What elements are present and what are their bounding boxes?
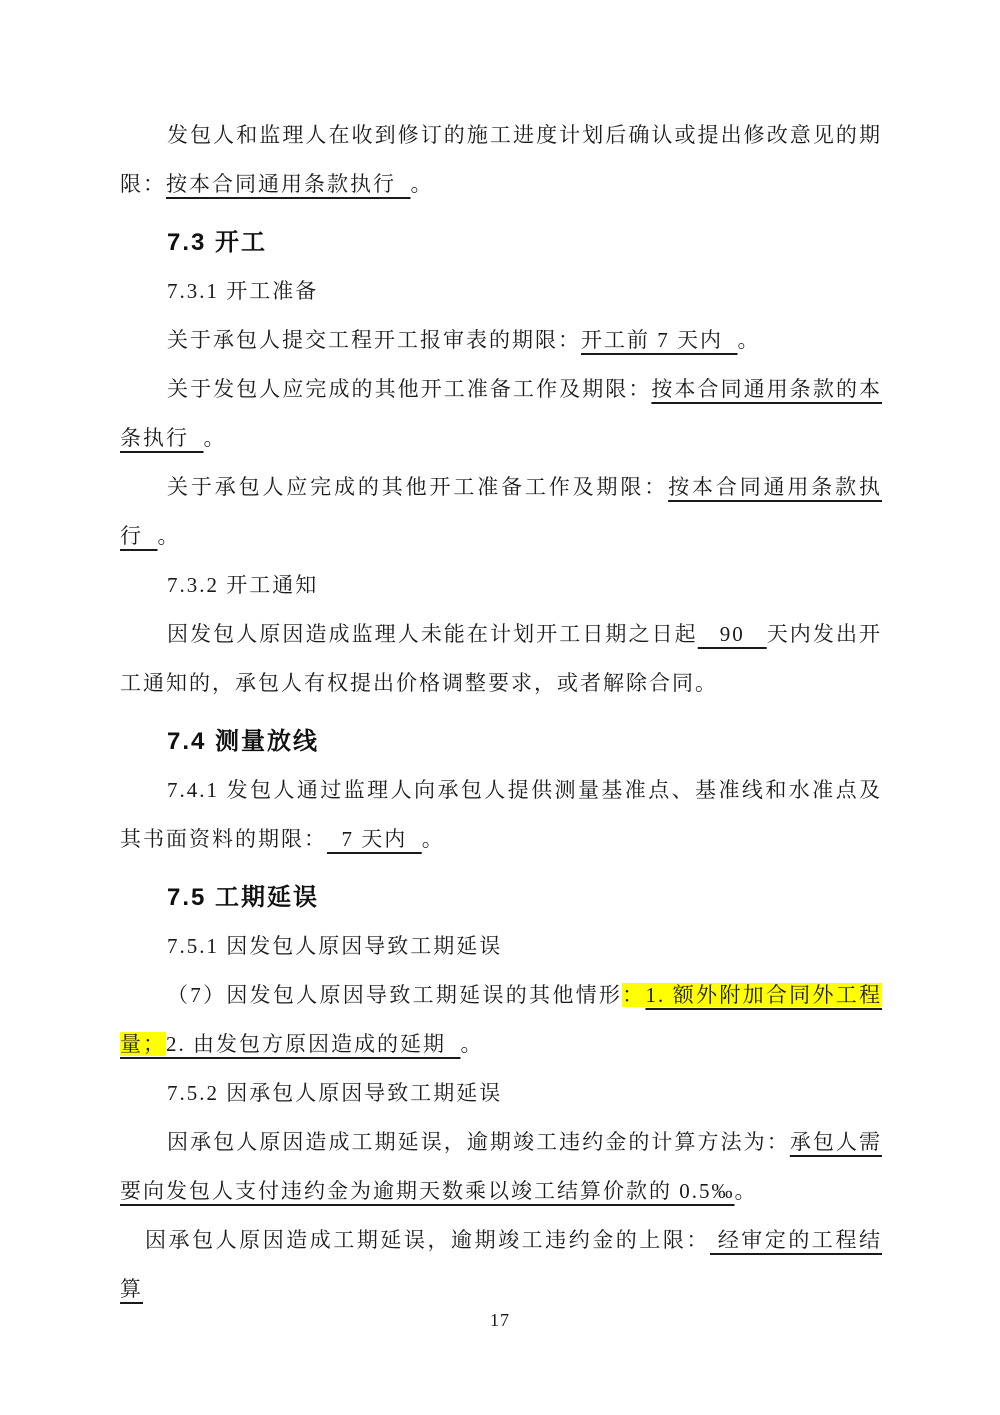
clause-text: 关于发包人应完成的其他开工准备工作及期限： <box>167 377 651 401</box>
heading-7-3-commencement: 7.3 开工 <box>120 219 882 267</box>
clause-7-5-1-title: 7.5.1 因发包人原因导致工期延误 <box>120 922 882 971</box>
paragraph-employer-other-prep: 关于发包人应完成的其他开工准备工作及期限：按本合同通用条款的本条执行 。 <box>120 365 882 463</box>
filled-blank-days: 90 <box>698 622 767 646</box>
highlighted-colon: ： <box>622 983 645 1007</box>
clause-text: 关于承包人应完成的其他开工准备工作及期限： <box>167 475 668 499</box>
paragraph-other-delay-causes: （7）因发包人原因导致工期延误的其他情形：1. 额外附加合同外工程量；2. 由发… <box>120 971 882 1069</box>
period: 。 <box>411 172 434 196</box>
clause-text: 因承包人原因造成工期延误，逾期竣工违约金的上限： <box>145 1228 710 1252</box>
clause-text: （7）因发包人原因导致工期延误的其他情形 <box>167 983 622 1007</box>
paragraph-commencement-notice-delay: 因发包人原因造成监理人未能在计划开工日期之日起 90 天内发出开工通知的，承包人… <box>120 610 882 708</box>
clause-text: 7.4.1 发包人通过监理人向承包人提供测量基准点、基准线和水准点及其书面资料的… <box>120 778 882 851</box>
filled-blank: 开工前 7 天内 <box>581 328 738 352</box>
paragraph-liquidated-damages-cap: 因承包人原因造成工期延误，逾期竣工违约金的上限： 经审定的工程结算 <box>120 1216 882 1314</box>
clause-7-3-2-title: 7.3.2 开工通知 <box>120 561 882 610</box>
heading-7-5-schedule-delay: 7.5 工期延误 <box>120 874 882 922</box>
paragraph-survey-benchmarks-deadline: 7.4.1 发包人通过监理人向承包人提供测量基准点、基准线和水准点及其书面资料的… <box>120 766 882 864</box>
clause-text: 因承包人原因造成工期延误，逾期竣工违约金的计算方法为： <box>167 1130 790 1154</box>
filled-blank: 7 天内 <box>327 827 422 851</box>
clause-7-5-2-title: 7.5.2 因承包人原因导致工期延误 <box>120 1069 882 1118</box>
filled-blank-item2: 2. 由发包方原因造成的延期 <box>166 1032 461 1056</box>
clause-7-3-1-title: 7.3.1 开工准备 <box>120 267 882 316</box>
paragraph-contractor-other-prep: 关于承包人应完成的其他开工准备工作及期限：按本合同通用条款执行 。 <box>120 463 882 561</box>
period: 。 <box>461 1032 484 1056</box>
page-number: 17 <box>0 1310 1000 1331</box>
page-content: 发包人和监理人在收到修订的施工进度计划后确认或提出修改意见的期限：按本合同通用条… <box>120 111 882 1314</box>
contract-page: 发包人和监理人在收到修订的施工进度计划后确认或提出修改意见的期限：按本合同通用条… <box>0 0 1000 1415</box>
clause-text: 关于承包人提交工程开工报审表的期限： <box>167 328 581 352</box>
period: 。 <box>158 524 181 548</box>
paragraph-liquidated-damages-method: 因承包人原因造成工期延误，逾期竣工违约金的计算方法为：承包人需要向发包人支付违约… <box>120 1118 882 1216</box>
period: 。 <box>204 426 227 450</box>
paragraph-commencement-report-deadline: 关于承包人提交工程开工报审表的期限：开工前 7 天内 。 <box>120 316 882 365</box>
heading-7-4-survey-setting-out: 7.4 测量放线 <box>120 718 882 766</box>
clause-text: 因发包人原因造成监理人未能在计划开工日期之日起 <box>167 622 698 646</box>
period: 。 <box>422 827 445 851</box>
period: 。 <box>738 328 761 352</box>
filled-blank: 按本合同通用条款执行 <box>166 172 411 196</box>
period: 。 <box>735 1179 758 1203</box>
paragraph-revision-confirm-deadline: 发包人和监理人在收到修订的施工进度计划后确认或提出修改意见的期限：按本合同通用条… <box>120 111 882 209</box>
